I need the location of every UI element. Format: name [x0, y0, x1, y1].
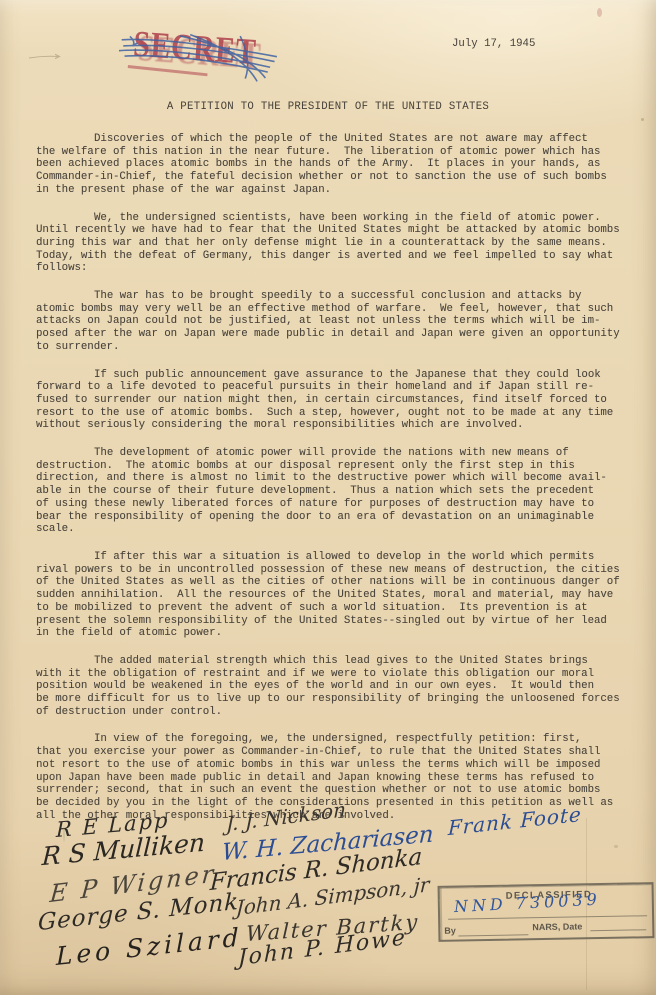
declassified-date-line — [590, 929, 646, 931]
declassified-by-line — [458, 934, 528, 936]
petition-body: Discoveries of which the people of the U… — [36, 133, 636, 837]
declassified-number-line — [448, 915, 647, 919]
petition-paragraph-1: Discoveries of which the people of the U… — [36, 133, 636, 197]
pen-strikeout-icon — [117, 24, 280, 87]
paper-speck — [63, 826, 65, 842]
document-page: SECRET SECRET July 17, 1945 A PETITION T… — [0, 0, 656, 995]
petition-paragraph-5: The development of atomic power will pro… — [36, 447, 636, 536]
petition-paragraph-7: The added material strength which this l… — [36, 655, 636, 719]
secret-stamp: SECRET SECRET — [132, 25, 259, 80]
declassified-nars-date-label: NARS, Date — [532, 921, 582, 932]
declassified-stamp: DECLASSIFIED NND 730039 By NARS, Date — [438, 882, 655, 942]
document-date: July 17, 1945 — [452, 38, 535, 50]
declassified-by-label: By — [444, 926, 456, 936]
paper-speck — [641, 118, 644, 121]
petition-paragraph-2: We, the undersigned scientists, have bee… — [36, 212, 636, 276]
petition-paragraph-4: If such public announcement gave assuran… — [36, 369, 636, 433]
paper-speck — [597, 8, 602, 17]
paper-crease — [586, 818, 587, 990]
document-title: A PETITION TO THE PRESIDENT OF THE UNITE… — [0, 101, 656, 113]
declassified-number: NND 730039 — [453, 889, 601, 916]
paper-speck — [614, 845, 618, 848]
pencil-arrow-icon — [28, 52, 64, 62]
petition-paragraph-3: The war has to be brought speedily to a … — [36, 290, 636, 354]
petition-paragraph-6: If after this war a situation is allowed… — [36, 551, 636, 640]
